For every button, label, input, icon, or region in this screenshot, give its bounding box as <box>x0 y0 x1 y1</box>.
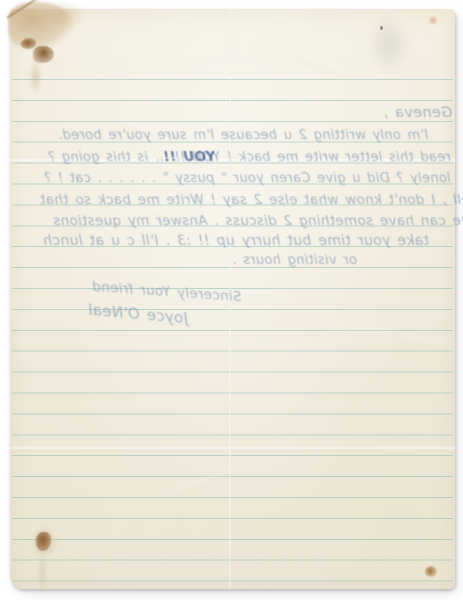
horizontal-fold-crease-lower <box>10 445 455 451</box>
letter-photo: { "document": { "kind": "handwritten let… <box>0 0 463 600</box>
letter-page <box>10 9 455 589</box>
vertical-fold-crease <box>228 9 232 589</box>
horizontal-fold-crease-upper <box>10 157 455 163</box>
